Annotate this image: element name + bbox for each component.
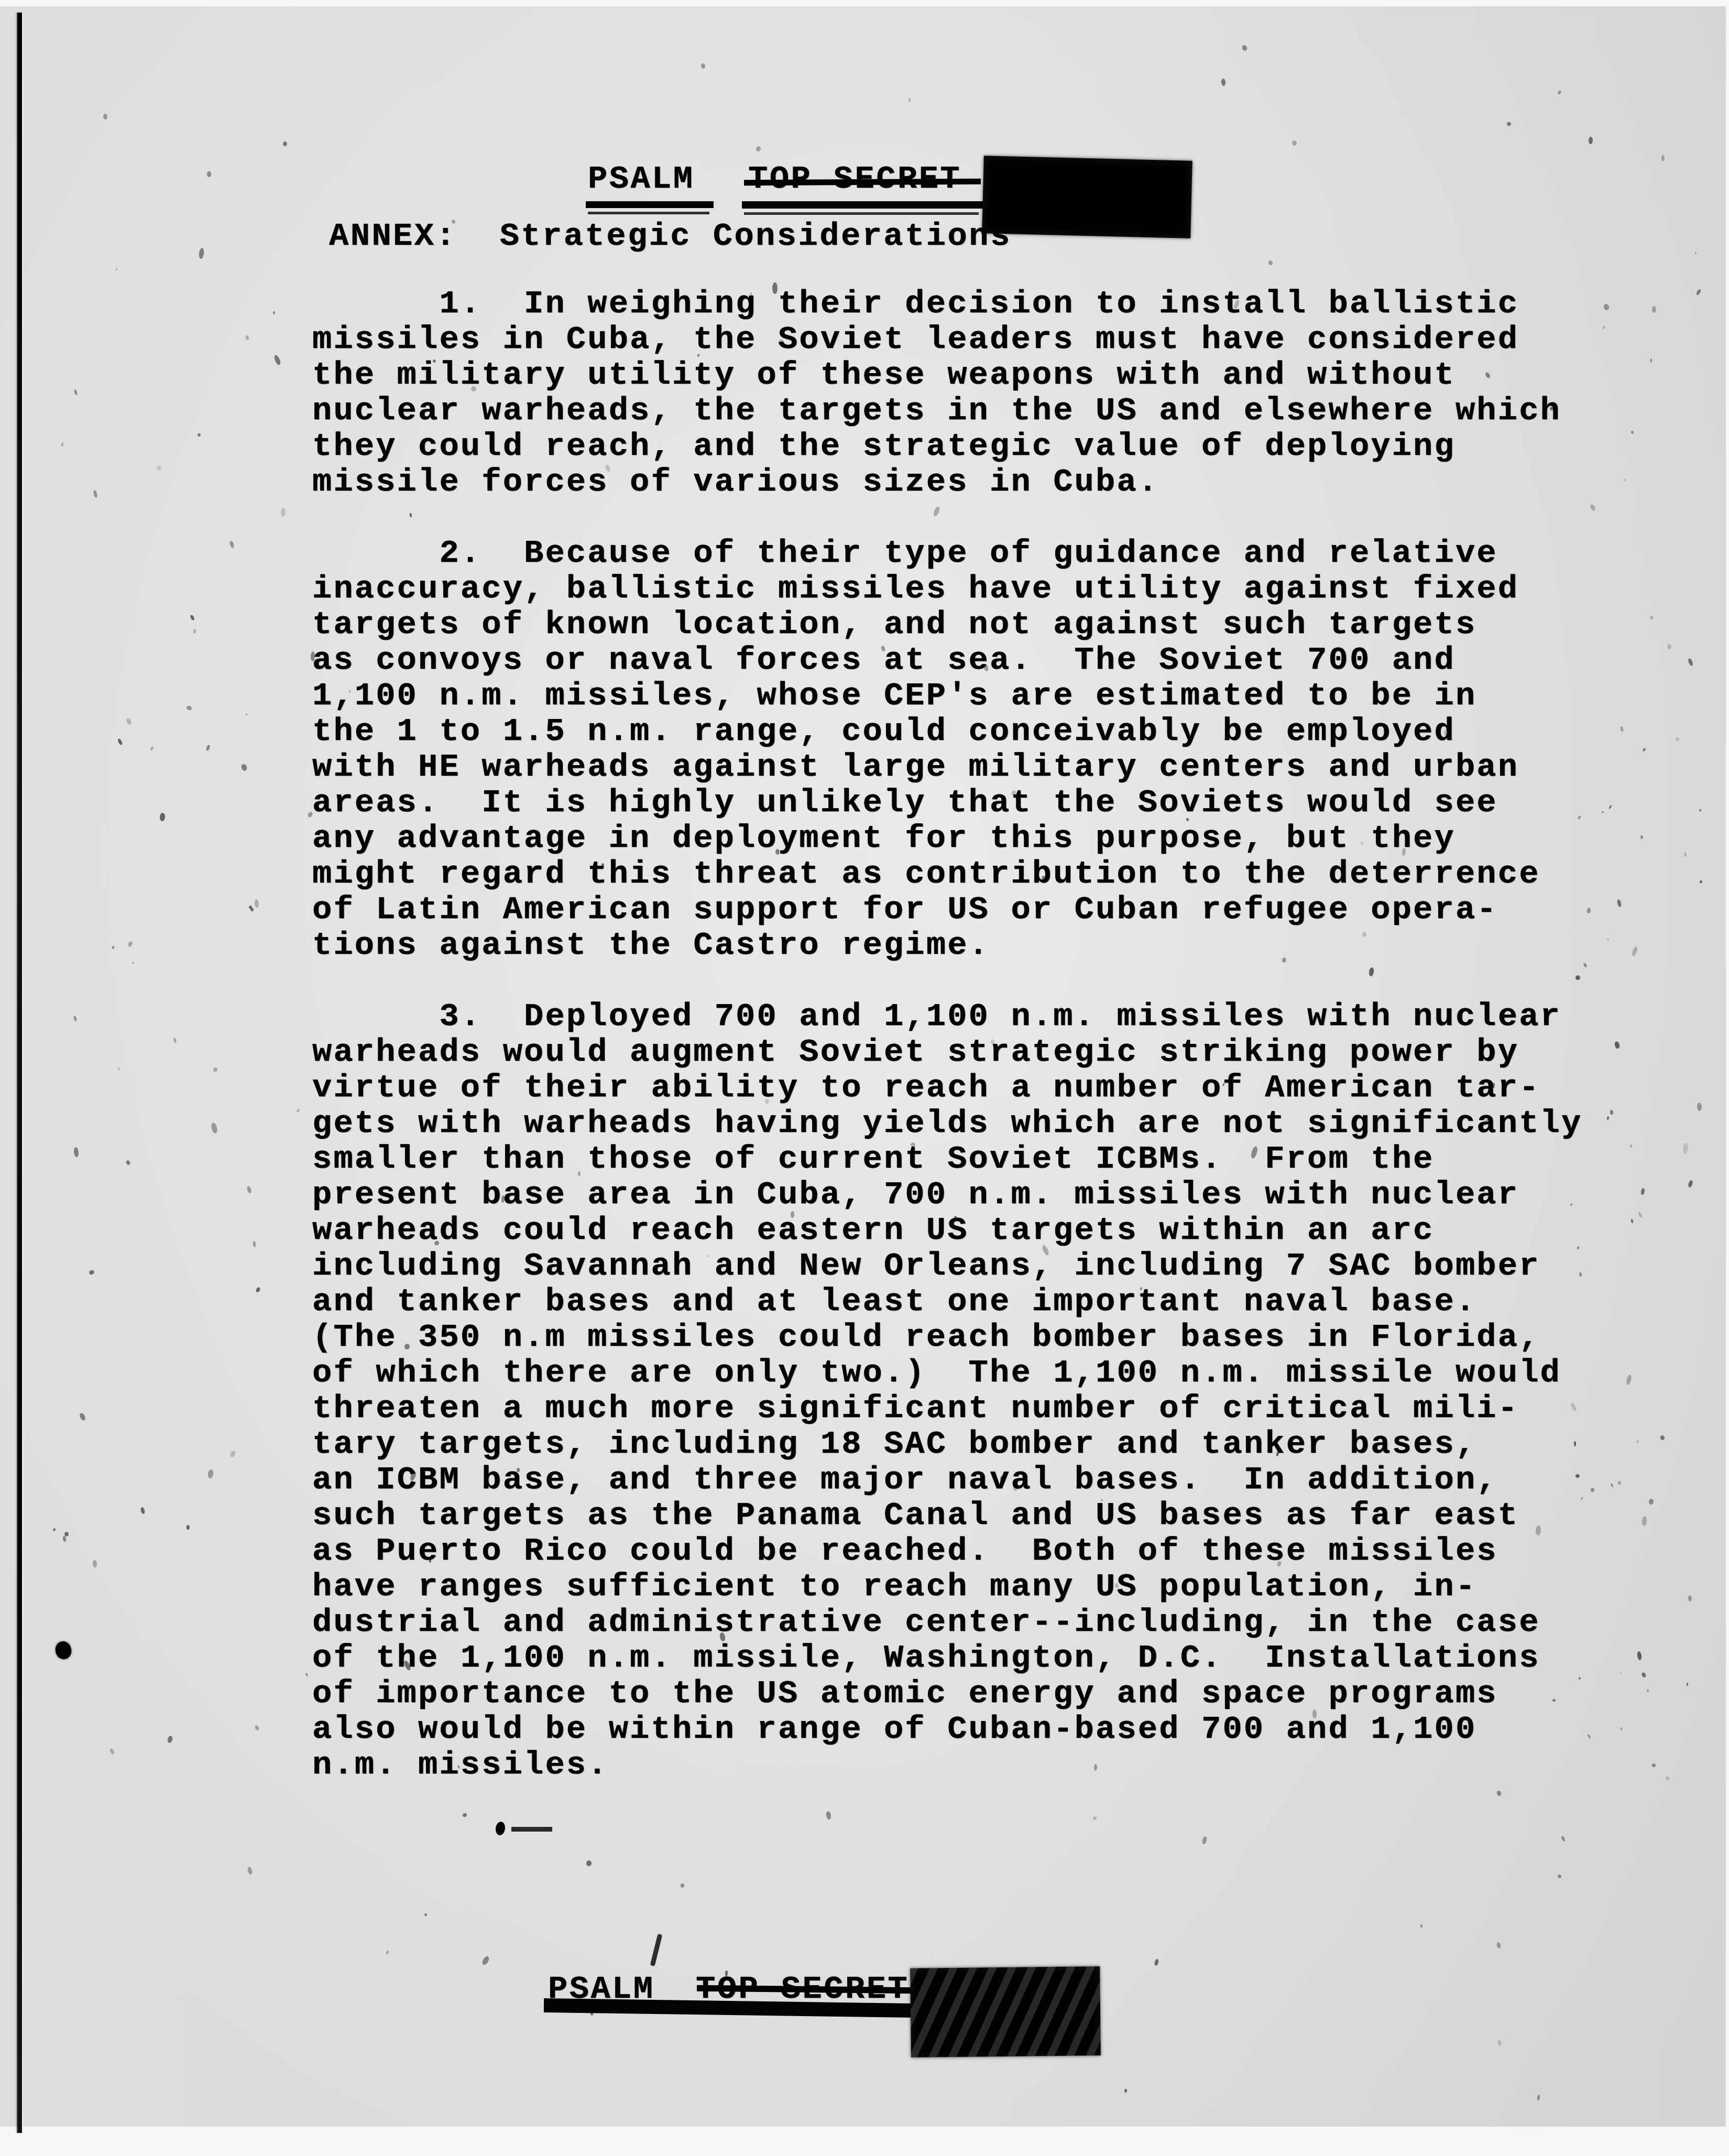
speck xyxy=(273,311,275,314)
speck xyxy=(140,1507,145,1514)
scanned-document-page: PSALM TOP SECRET ANNEX: Strategic Consid… xyxy=(0,6,1726,2127)
speck xyxy=(255,1287,261,1293)
speck xyxy=(61,442,64,447)
speck xyxy=(1659,1435,1665,1441)
speck xyxy=(240,763,248,771)
speck xyxy=(424,1913,427,1915)
speck xyxy=(1687,658,1693,666)
codeword-underline-thick xyxy=(586,201,714,208)
left-margin-ink-blob xyxy=(54,1640,73,1660)
speck xyxy=(198,433,201,437)
speck xyxy=(1695,288,1702,296)
speck xyxy=(248,906,252,909)
speck xyxy=(246,713,248,716)
speck xyxy=(297,1109,300,1113)
speck xyxy=(1699,809,1701,812)
speck xyxy=(1221,79,1226,86)
speck xyxy=(1667,644,1671,649)
classification-underline-thin xyxy=(744,212,979,215)
scan-edge-line xyxy=(17,13,22,2133)
speck xyxy=(207,171,211,178)
speck xyxy=(1241,45,1248,52)
speck xyxy=(1561,1835,1566,1842)
speck xyxy=(1661,155,1665,161)
speck xyxy=(167,1735,173,1744)
speck xyxy=(62,1536,67,1541)
speck xyxy=(1292,140,1297,146)
speck xyxy=(908,98,911,103)
speck xyxy=(127,941,133,948)
speck xyxy=(1557,90,1561,94)
paragraph-2: 2. Because of their type of guidance and… xyxy=(312,536,1654,963)
header-redaction-bar xyxy=(982,156,1192,238)
speck xyxy=(132,962,134,964)
speck xyxy=(1675,737,1680,742)
speck xyxy=(1557,1874,1561,1879)
speck xyxy=(93,490,98,498)
speck xyxy=(73,389,78,395)
speck xyxy=(103,113,107,119)
pen-dash-mark xyxy=(511,1827,552,1832)
speck xyxy=(211,1122,218,1134)
stray-tick-mark xyxy=(650,1934,663,1966)
speck xyxy=(150,746,154,751)
speck xyxy=(247,1867,253,1875)
speck xyxy=(186,705,192,711)
speck xyxy=(250,907,254,911)
speck xyxy=(52,1528,56,1532)
speck xyxy=(110,1748,115,1755)
speck xyxy=(117,1068,120,1071)
speck xyxy=(1267,260,1273,266)
speck xyxy=(207,1469,214,1478)
speck xyxy=(246,1185,252,1194)
speck xyxy=(756,145,762,152)
speck xyxy=(1507,122,1512,126)
speck xyxy=(64,1531,69,1537)
paragraph-1: 1. In weighing their decision to install… xyxy=(312,286,1654,500)
speck xyxy=(193,629,196,634)
speck xyxy=(89,1269,95,1275)
speck xyxy=(245,335,249,341)
speck xyxy=(386,1950,389,1954)
speck xyxy=(186,1525,189,1530)
speck xyxy=(281,508,286,517)
speck xyxy=(1497,2040,1501,2045)
speck xyxy=(283,141,287,146)
speck xyxy=(586,1860,592,1867)
speck xyxy=(92,1560,97,1567)
speck xyxy=(305,1673,309,1677)
speck xyxy=(205,744,211,752)
speck xyxy=(701,63,706,69)
speck xyxy=(190,614,195,620)
speck xyxy=(1688,1595,1692,1602)
speck xyxy=(1665,1776,1670,1781)
speck xyxy=(254,899,259,908)
document-body: 1. In weighing their decision to install… xyxy=(312,286,1654,1819)
speck xyxy=(73,1147,79,1157)
speck xyxy=(160,812,166,821)
speck xyxy=(126,1160,132,1166)
speck xyxy=(115,267,118,271)
speck xyxy=(1697,1103,1702,1111)
speck xyxy=(254,1725,260,1731)
speck xyxy=(229,1450,236,1458)
speck xyxy=(73,1015,77,1021)
speck xyxy=(213,1067,217,1071)
speck xyxy=(1201,1836,1207,1845)
speck xyxy=(112,946,115,950)
speck xyxy=(117,738,123,745)
speck xyxy=(1124,2089,1127,2093)
speck xyxy=(1684,852,1687,857)
speck xyxy=(1687,1683,1689,1686)
speck xyxy=(173,1038,177,1043)
pen-dot-mark xyxy=(495,1821,506,1836)
speck xyxy=(198,247,204,259)
speck xyxy=(1682,1143,1689,1155)
speck xyxy=(1537,2095,1540,2101)
speck xyxy=(79,1412,86,1421)
speck xyxy=(125,717,132,725)
header-codeword: PSALM xyxy=(588,161,695,197)
classification-underline-thick xyxy=(742,201,984,209)
speck xyxy=(481,1955,490,1966)
speck xyxy=(273,354,281,366)
speck xyxy=(1589,137,1593,144)
footer-redaction-bar xyxy=(910,1966,1101,2057)
codeword-underline-thin xyxy=(588,212,709,214)
speck xyxy=(156,465,162,471)
speck xyxy=(229,540,235,548)
speck xyxy=(1688,1180,1693,1188)
speck xyxy=(1700,880,1703,884)
speck xyxy=(253,1241,256,1247)
speck xyxy=(1695,252,1697,254)
speck xyxy=(1496,1942,1502,1948)
speck xyxy=(1420,1924,1423,1928)
speck xyxy=(680,1883,685,1889)
annex-title-line: ANNEX: Strategic Considerations xyxy=(329,218,1012,255)
speck xyxy=(1154,1958,1160,1966)
paragraph-3: 3. Deployed 700 and 1,100 n.m. missiles … xyxy=(312,999,1654,1783)
